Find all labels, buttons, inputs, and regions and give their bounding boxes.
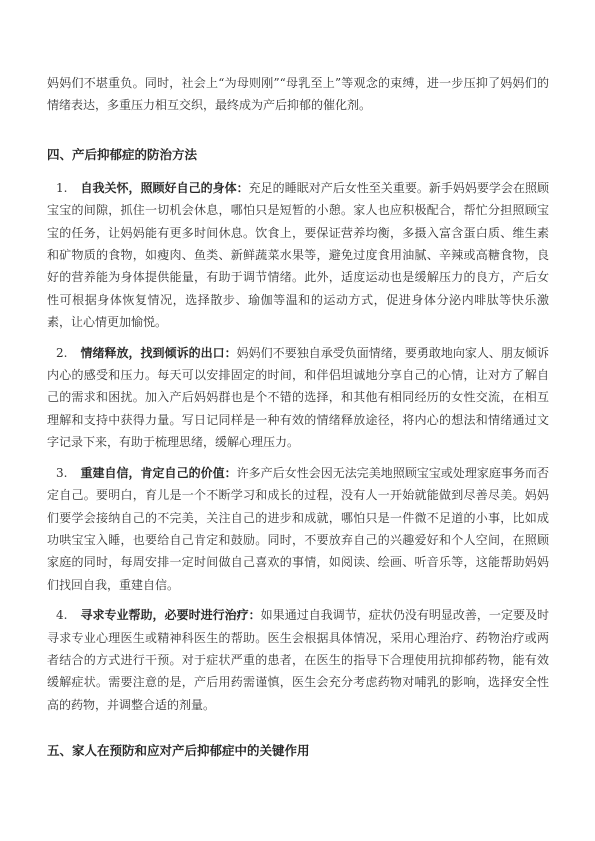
list-item-1: 1.自我关怀，照顾好自己的身体：充足的睡眠对产后女性至关重要。新手妈妈要学会在照… (47, 177, 549, 334)
list-item-2-body: 妈妈们不要独自承受负面情绪，要勇敢地向家人、朋友倾诉内心的感受和压力。每天可以安… (47, 346, 549, 450)
list-item-1-body: 充足的睡眠对产后女性至关重要。新手妈妈要学会在照顾宝宝的间隙，抓住一切机会休息，… (47, 181, 549, 329)
list-item-3-number: 3. (47, 466, 80, 480)
list-item-4-body: 如果通过自我调节，症状仍没有明显改善，一定要及时寻求专业心理医生或精神科医生的帮… (47, 608, 549, 712)
section-heading-family: 五、家人在预防和应对产后抑郁症中的关键作用 (47, 740, 549, 762)
section-heading-prevention: 四、产后抑郁症的防治方法 (47, 144, 549, 166)
list-item-1-number: 1. (47, 181, 80, 195)
list-item-2: 2.情绪释放，找到倾诉的出口：妈妈们不要独自承受负面情绪，要勇敢地向家人、朋友倾… (47, 342, 549, 454)
document-page: 妈妈们不堪重负。同时，社会上“为母则刚”“母乳至上”等观念的束缚，进一步压抑了妈… (0, 0, 595, 841)
list-item-3-title: 重建自信，肯定自己的价值： (80, 466, 236, 480)
list-item-1-title: 自我关怀，照顾好自己的身体： (80, 181, 248, 195)
list-item-3-body: 许多产后女性会因无法完美地照顾宝宝或处理家庭事务而否定自己。要明白，育儿是一个不… (47, 466, 549, 592)
list-item-4-title: 寻求专业帮助，必要时进行治疗： (80, 608, 260, 622)
intro-paragraph: 妈妈们不堪重负。同时，社会上“为母则刚”“母乳至上”等观念的束缚，进一步压抑了妈… (47, 72, 549, 117)
list-item-2-title: 情绪释放，找到倾诉的出口： (80, 346, 236, 360)
list-item-4: 4.寻求专业帮助，必要时进行治疗：如果通过自我调节，症状仍没有明显改善，一定要及… (47, 604, 549, 716)
list-item-3: 3.重建自信，肯定自己的价值：许多产后女性会因无法完美地照顾宝宝或处理家庭事务而… (47, 462, 549, 596)
list-item-4-number: 4. (47, 608, 80, 622)
list-item-2-number: 2. (47, 346, 80, 360)
